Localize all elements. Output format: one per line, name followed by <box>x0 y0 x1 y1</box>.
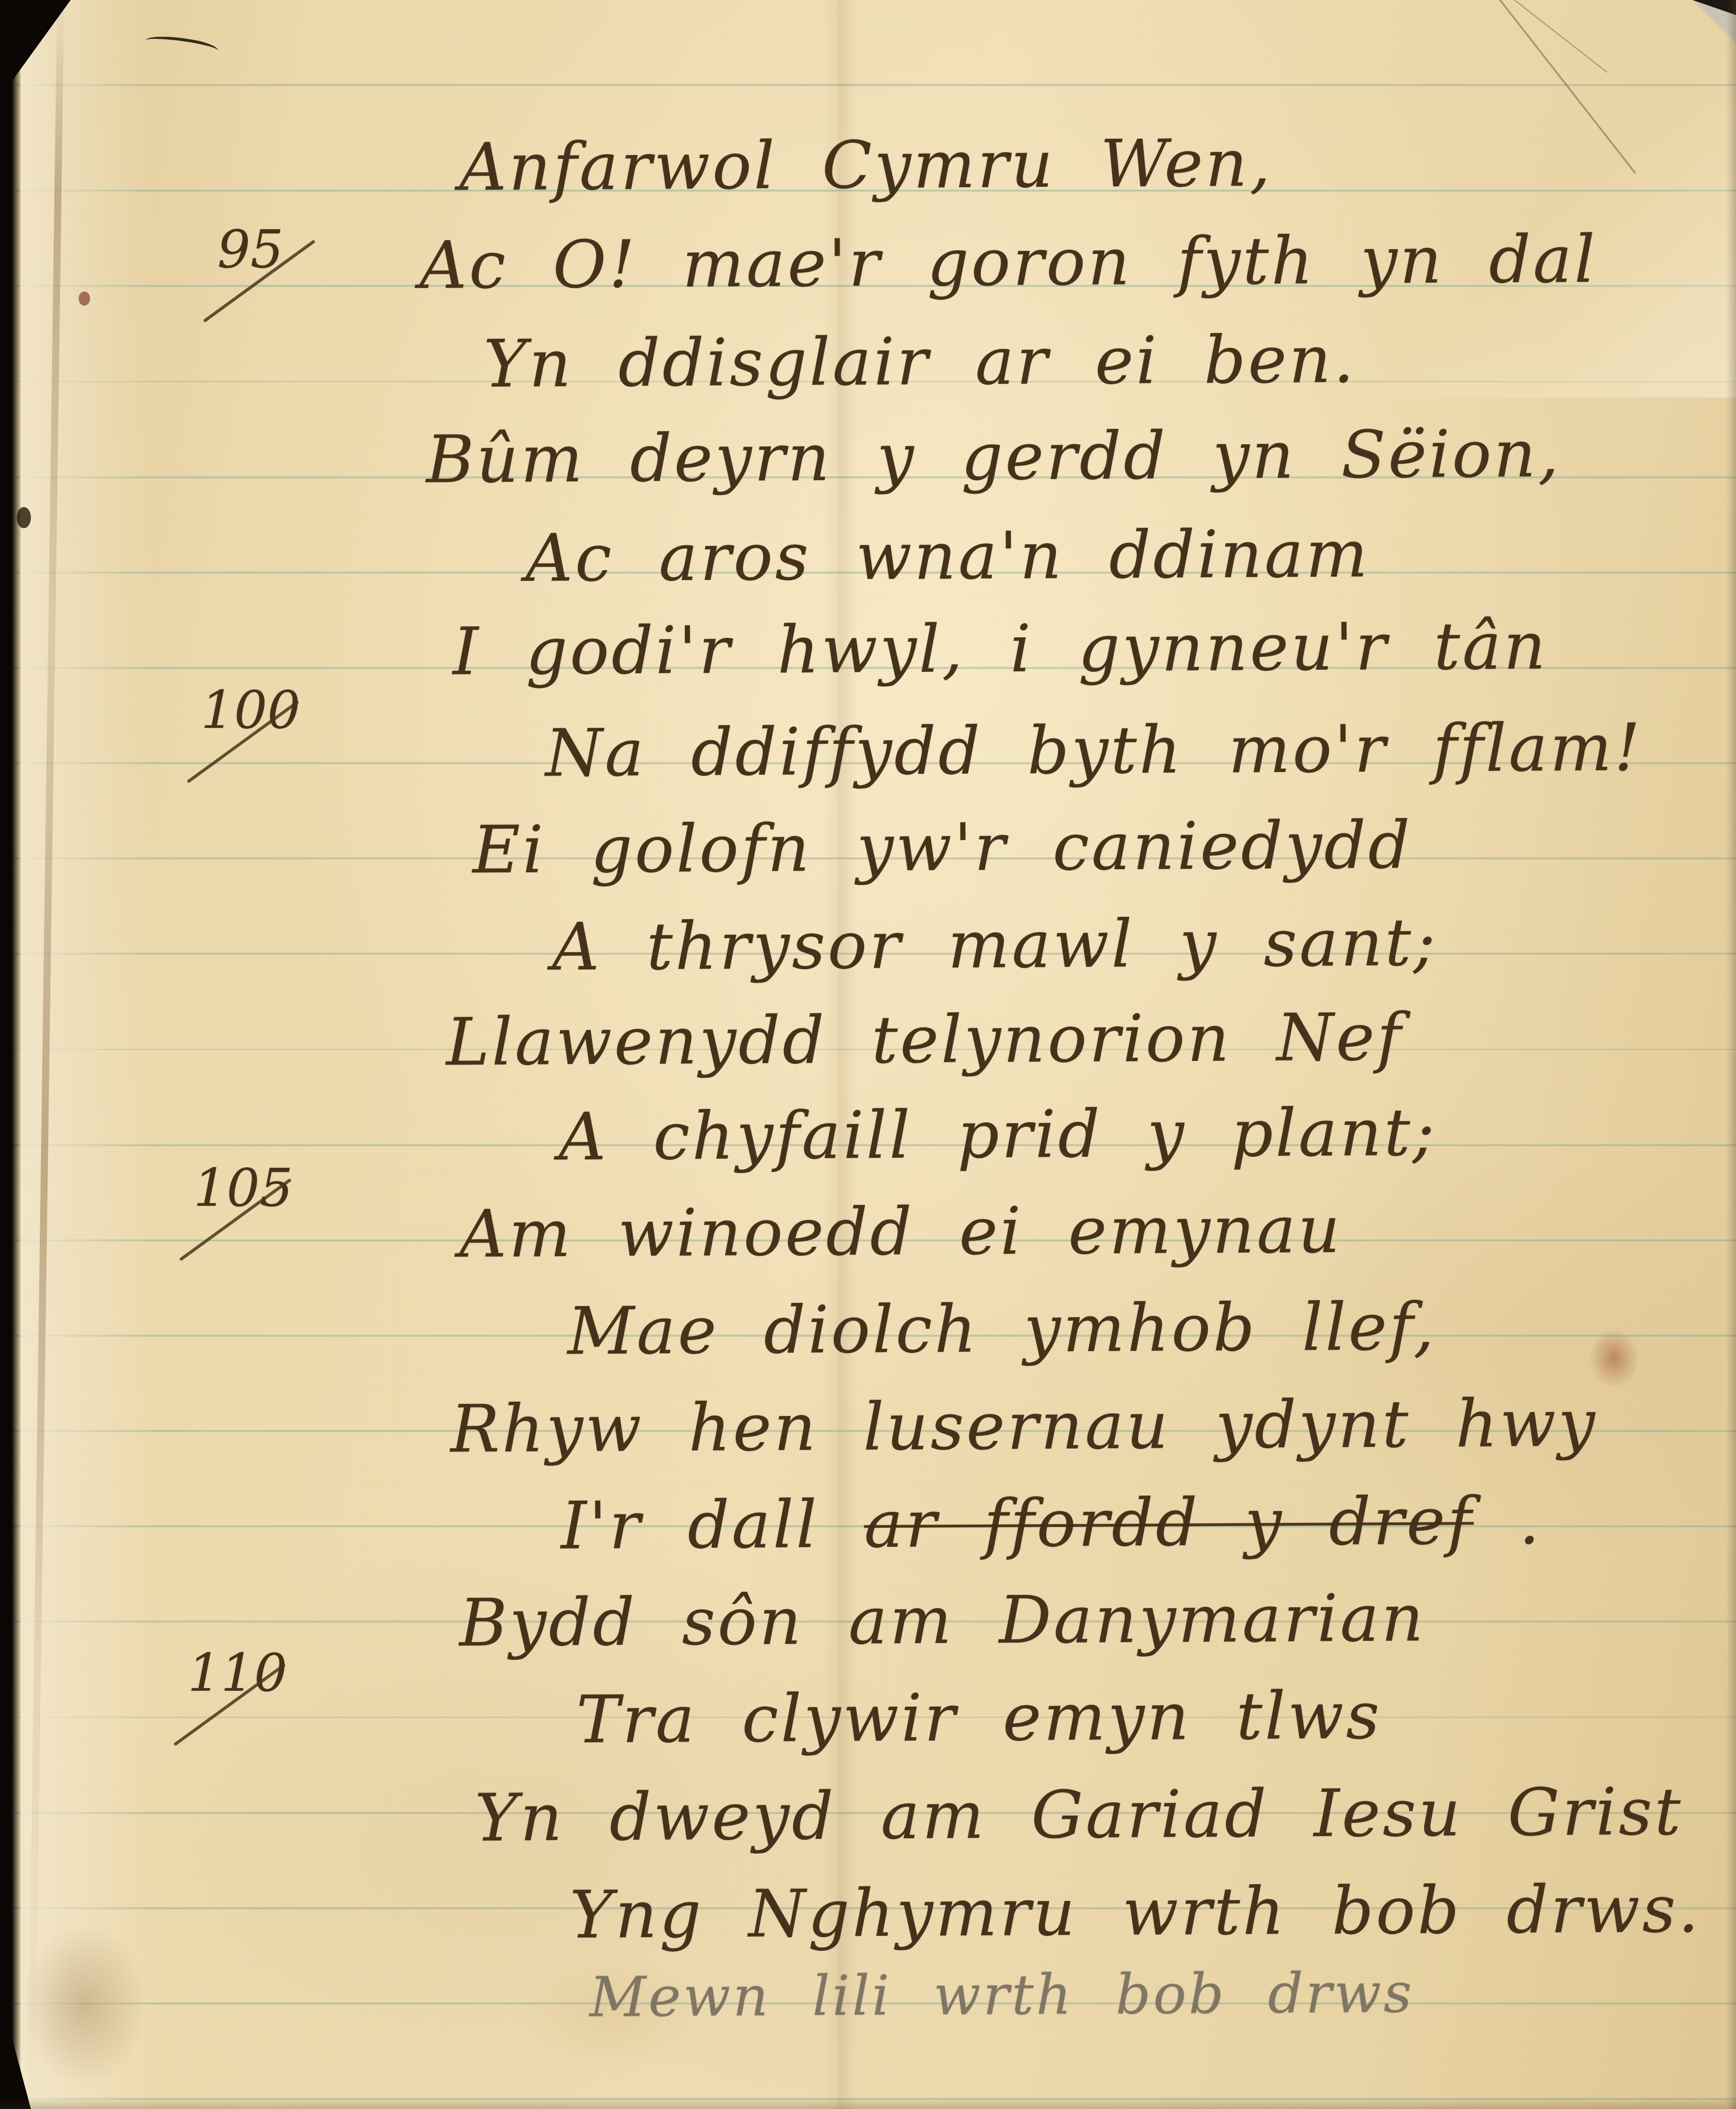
poem-line: Mae diolch ymhob llef, <box>567 1294 1437 1364</box>
poem-text: Yn dweyd am Gariad Iesu Grist <box>475 1774 1683 1856</box>
poem-text: Ac O! mae'r goron fyth yn dal <box>420 221 1598 303</box>
folded-corner-top-right <box>1546 0 1736 221</box>
poem-text: Anfarwol Cymru Wen, <box>459 125 1273 205</box>
bottom-page-edge <box>0 2098 1736 2109</box>
struck-text: ar ffordd y dref <box>864 1483 1474 1562</box>
poem-line: Rhyw hen lusernau ydynt hwy <box>450 1390 1597 1462</box>
poem-text: Yn ddisglair ar ei ben. <box>484 322 1357 402</box>
margin-line-number: 105 <box>193 1162 293 1214</box>
poem-line: Ac O! mae'r goron fyth yn dal <box>420 227 1598 298</box>
ink-stain <box>1589 1329 1640 1388</box>
poem-line: Yng Nghymru wrth bob drws. <box>570 1876 1701 1947</box>
poem-text: I godi'r hwyl, i gynneu'r tân <box>453 608 1548 690</box>
poem-text: Ei golofn yw'r caniedydd <box>473 807 1413 888</box>
poem-line: Tra clywir emyn tlws <box>576 1683 1382 1753</box>
poem-line: Na ddiffydd byth mo'r fflam! <box>545 715 1643 786</box>
poem-line: Llawenydd telynorion Nef <box>446 1004 1403 1075</box>
poem-line: Ei golofn yw'r caniedydd <box>473 812 1413 882</box>
margin-line-number: 110 <box>188 1647 287 1699</box>
poem-line: Bûm deyrn y gerdd yn Sëion, <box>426 421 1561 492</box>
poem-text: Na ddiffydd byth mo'r fflam! <box>545 709 1643 791</box>
poem-line: Am winoedd ei emynau <box>459 1197 1343 1267</box>
poem-line: Yn ddisglair ar ei ben. <box>484 327 1357 397</box>
poem-line: I godi'r hwyl, i gynneu'r tân <box>453 613 1548 685</box>
poem-text: A chyfaill prid y plant; <box>559 1094 1437 1175</box>
pencil-annotation-line: Mewn lili wrth bob drws <box>590 1965 1415 2025</box>
poem-text: Bydd sôn am Danymarian <box>459 1580 1426 1661</box>
red-speck <box>79 292 90 306</box>
poem-text: Llawenydd telynorion Nef <box>446 999 1403 1080</box>
margin-line-number: 95 <box>217 223 284 275</box>
margin-line-number: 100 <box>201 684 300 736</box>
binding-shadow <box>0 0 21 2109</box>
left-page-edge <box>20 0 153 2109</box>
binding-hole <box>17 507 31 528</box>
poem-text: Rhyw hen lusernau ydynt hwy <box>450 1385 1597 1467</box>
right-page-edge <box>1726 0 1736 2109</box>
poem-text: Mae diolch ymhob llef, <box>567 1289 1437 1369</box>
poem-text: Tra clywir emyn tlws <box>576 1677 1382 1758</box>
poem-text: Mewn lili wrth bob drws <box>590 1961 1415 2029</box>
poem-text: A thrysor mawl y sant; <box>552 905 1438 985</box>
poem-text: Ac aros wna'n ddinam <box>526 516 1370 596</box>
poem-text: Am winoedd ei emynau <box>459 1192 1343 1272</box>
poem-text: Bûm deyrn y gerdd yn Sëion, <box>426 416 1561 497</box>
poem-line: I'r dall ar ffordd y dref . <box>561 1488 1542 1559</box>
poem-text: I'r dall <box>561 1486 865 1564</box>
poem-line: Ac aros wna'n ddinam <box>526 521 1370 591</box>
poem-line: Yn dweyd am Gariad Iesu Grist <box>475 1779 1683 1851</box>
poem-line: Bydd sôn am Danymarian <box>459 1585 1426 1655</box>
paper-stain <box>22 1926 146 2085</box>
poem-line: A chyfaill prid y plant; <box>559 1100 1437 1170</box>
poem-text: Yng Nghymru wrth bob drws. <box>570 1871 1701 1953</box>
poem-line: Anfarwol Cymru Wen, <box>459 130 1273 200</box>
poem-text: . <box>1474 1483 1542 1559</box>
manuscript-page: Anfarwol Cymru Wen,Ac O! mae'r goron fyt… <box>0 0 1736 2109</box>
poem-line: A thrysor mawl y sant; <box>552 910 1438 980</box>
